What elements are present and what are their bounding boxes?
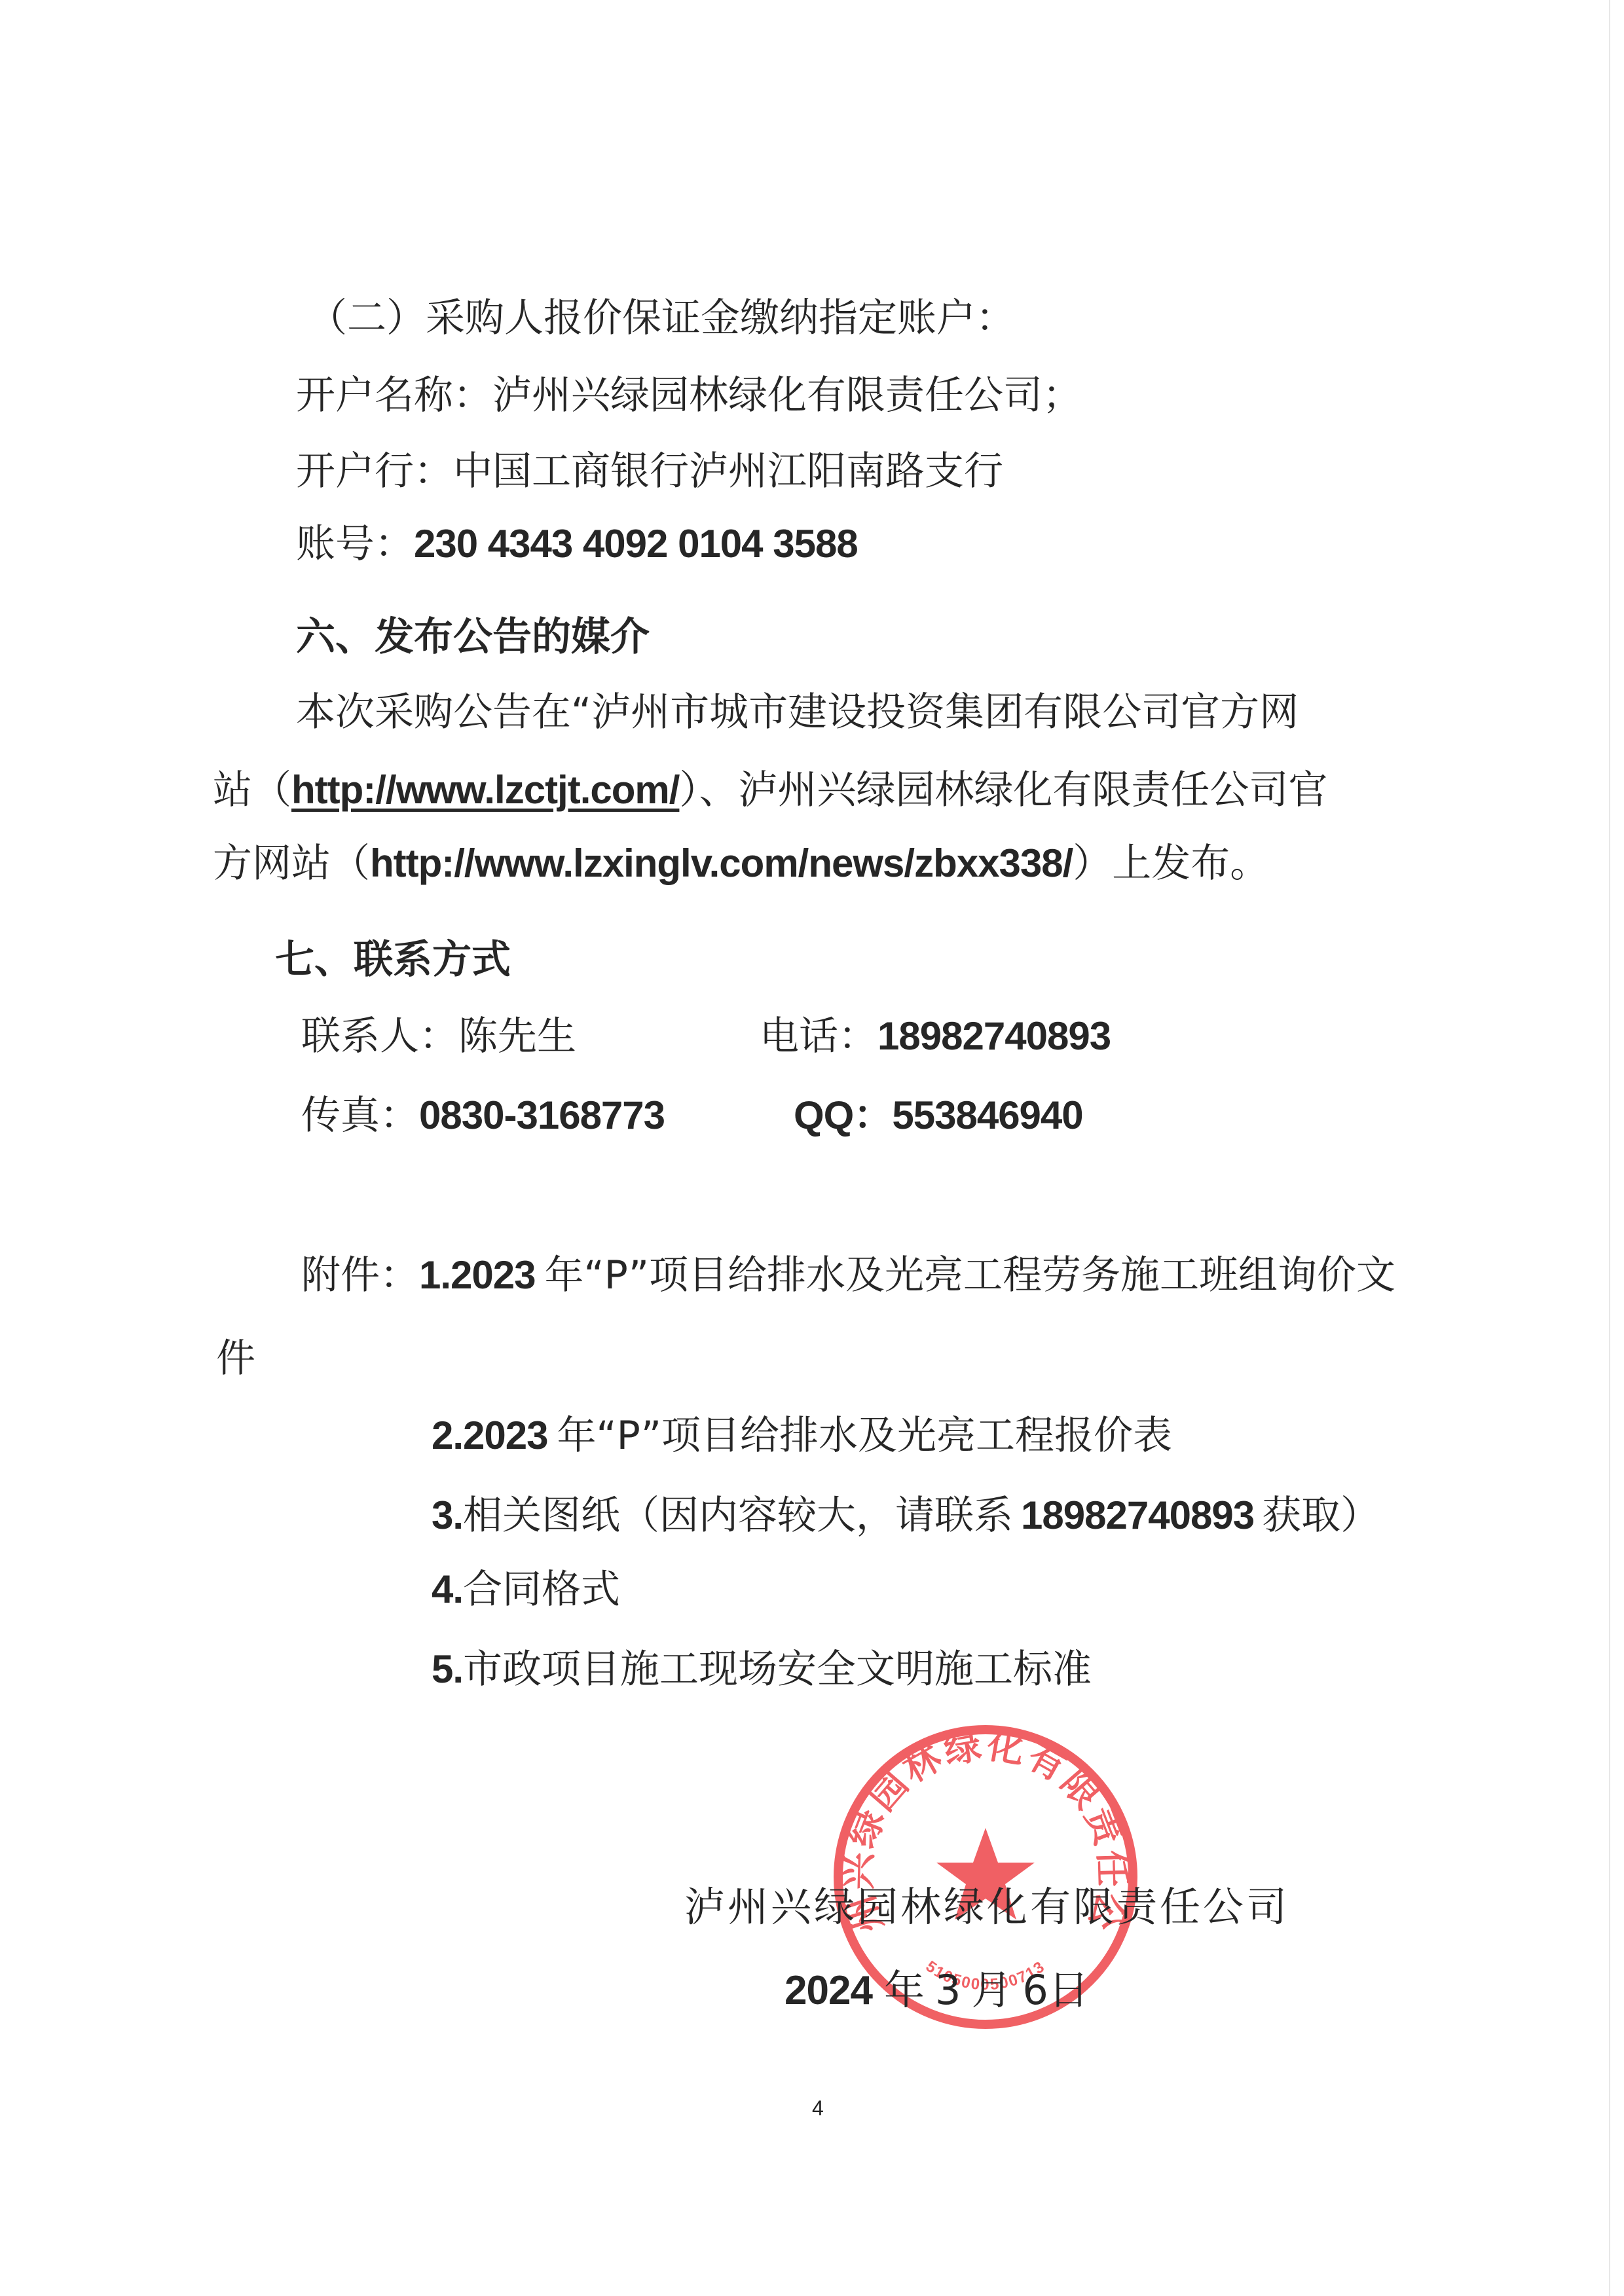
media-paragraph-line-1: 本次采购公告在“泸州市城市建设投资集团有限公司官方网	[296, 689, 1299, 736]
attachment-1-number: 1.2023	[419, 1253, 536, 1297]
media-heading: 六、发布公告的媒介	[296, 613, 650, 661]
account-name-row: 开户名称：泸州兴绿园林绿化有限责任公司；	[296, 372, 1082, 419]
media-paragraph-line-3: 方网站（http://www.lzxinglv.com/news/zbxx338…	[213, 840, 1269, 887]
date-day: 6	[1022, 1966, 1048, 2014]
contact-fax: 传真：0830-3168773	[301, 1092, 665, 1139]
attachments-label: 附件：	[301, 1252, 419, 1298]
date-year-unit: 年	[884, 1966, 925, 2014]
account-name-value: 泸州兴绿园林绿化有限责任公司；	[492, 373, 1082, 418]
account-number-value: 230 4343 4092 0104 3588	[414, 522, 858, 566]
attachment-item-2: 2.2023年“P”项目给排水及光亮工程报价表	[432, 1412, 1172, 1459]
account-name-label: 开户名称：	[296, 373, 492, 418]
date-month-unit: 月	[971, 1966, 1012, 2014]
date-month: 3	[935, 1966, 961, 2014]
phone-label: 电话：	[760, 1013, 877, 1059]
media-line2-prefix: 站（	[213, 767, 291, 813]
attachment-4-number: 4.	[432, 1567, 463, 1611]
media-line3-prefix: 方网站（	[213, 841, 370, 886]
attachment-item-1: 附件：1.2023年“P”项目给排水及光亮工程劳务施工班组询价文	[301, 1252, 1395, 1299]
attachment-3-text: 相关图纸（因内容较大，请联系	[463, 1493, 1013, 1539]
attachment-5-text: 市政项目施工现场安全文明施工标准	[463, 1647, 1092, 1692]
account-number-row: 账号：230 4343 4092 0104 3588	[296, 520, 858, 568]
contact-phone: 电话：18982740893	[760, 1013, 1111, 1060]
contact-heading: 七、联系方式	[275, 936, 511, 983]
attachment-1-text: 年“P”项目给排水及光亮工程劳务施工班组询价文	[545, 1252, 1395, 1298]
deposit-account-title: （二）采购人报价保证金缴纳指定账户：	[308, 295, 1015, 342]
lzxinglv-url[interactable]: http://www.lzxinglv.com/news/zbxx338/	[370, 841, 1073, 885]
page-number: 4	[812, 2096, 824, 2121]
phone-value: 18982740893	[877, 1014, 1111, 1058]
attachment-2-text: 年“P”项目给排水及光亮工程报价表	[557, 1413, 1172, 1459]
attachment-5-number: 5.	[432, 1647, 463, 1691]
lzctjt-link[interactable]: http://www.lzctjt.com/	[291, 768, 679, 812]
attachment-item-5: 5.市政项目施工现场安全文明施工标准	[432, 1646, 1092, 1693]
attachment-item-4: 4.合同格式	[432, 1566, 620, 1613]
attachment-3-number: 3.	[432, 1493, 463, 1537]
attachment-2-number: 2.2023	[432, 1413, 548, 1457]
attachment-item-3: 3.相关图纸（因内容较大，请联系18982740893获取）	[432, 1492, 1380, 1539]
bank-row: 开户行：中国工商银行泸州江阳南路支行	[296, 448, 1003, 495]
scan-edge-line	[1609, 0, 1610, 2296]
contact-person-label: 联系人：	[301, 1013, 458, 1059]
contact-person-value: 陈先生	[458, 1013, 576, 1059]
attachment-3-text-end: 获取）	[1262, 1493, 1380, 1539]
contact-person: 联系人：陈先生	[301, 1013, 576, 1060]
bank-value: 中国工商银行泸州江阳南路支行	[453, 448, 1003, 494]
attachment-3-phone: 18982740893	[1021, 1493, 1254, 1537]
media-line3-suffix: ）上发布。	[1073, 841, 1269, 886]
media-line2-suffix: ）、泸州兴绿园林绿化有限责任公司官	[679, 767, 1327, 813]
fax-label: 传真：	[301, 1093, 419, 1139]
date-year: 2024	[784, 1968, 872, 2013]
media-heading-text: 六、发布公告的媒介	[296, 614, 650, 660]
qq-label: QQ：	[794, 1093, 892, 1137]
media-line1-text: 本次采购公告在“泸州市城市建设投资集团有限公司官方网	[296, 689, 1299, 735]
qq-value: 553846940	[892, 1093, 1082, 1137]
attachment-1-text-wrap: 件	[216, 1336, 255, 1381]
attachment-item-1-wrap: 件	[216, 1335, 255, 1382]
bank-label: 开户行：	[296, 448, 453, 494]
signature-date: 2024年3月6日	[784, 1967, 1089, 2014]
signature-company: 泸州兴绿园林绿化有限责任公司	[684, 1884, 1289, 1931]
account-number-label: 账号：	[296, 521, 414, 567]
contact-qq: QQ：553846940	[794, 1092, 1083, 1139]
contact-heading-text: 七、联系方式	[275, 937, 511, 983]
attachment-4-text: 合同格式	[463, 1567, 620, 1613]
deposit-title-text: （二）采购人报价保证金缴纳指定账户：	[308, 295, 1015, 341]
signature-company-name: 泸州兴绿园林绿化有限责任公司	[684, 1883, 1289, 1931]
fax-value: 0830-3168773	[419, 1093, 665, 1137]
date-day-unit: 日	[1048, 1966, 1089, 2014]
media-paragraph-line-2: 站（http://www.lzctjt.com/）、泸州兴绿园林绿化有限责任公司…	[213, 767, 1327, 814]
